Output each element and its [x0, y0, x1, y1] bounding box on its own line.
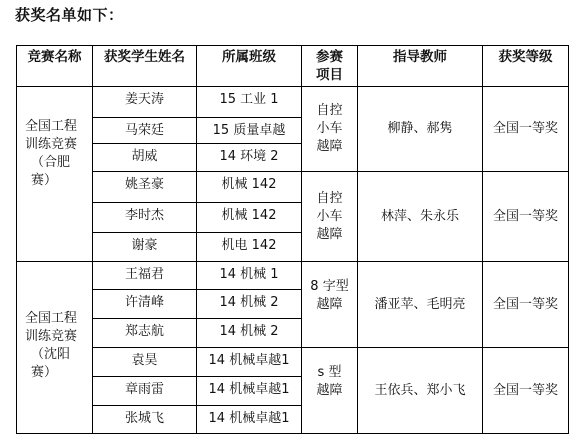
- student-name: 张城飞: [93, 406, 197, 434]
- award-cell: 全国一等奖: [483, 172, 569, 262]
- header-award: 获奖等级: [483, 46, 569, 87]
- student-name: 许清峰: [93, 290, 197, 319]
- competition-cell: 全国工程 训练竞赛 （合肥 赛）: [17, 87, 93, 262]
- table-row: 姚圣豪 机械 142 自控 小车 越障 林萍、朱永乐 全国一等奖: [17, 172, 569, 203]
- award-cell: 全国一等奖: [483, 348, 569, 434]
- header-project-line: 参赛: [302, 48, 357, 66]
- teachers-cell: 林萍、朱永乐: [358, 172, 483, 262]
- project-line: 8 字型: [302, 278, 357, 296]
- student-class: 15 质量卓越: [197, 118, 302, 144]
- project-line: 自控: [302, 102, 357, 120]
- project-line: 越障: [302, 382, 357, 400]
- competition-line: 训练竞赛: [25, 328, 88, 346]
- competition-line: （沈阳: [25, 346, 88, 364]
- header-row: 竞赛名称 获奖学生姓名 所属班级 参赛 项目 指导教师 获奖等级: [17, 46, 569, 87]
- student-class: 机电 142: [197, 233, 302, 262]
- project-cell: 8 字型 越障: [302, 262, 358, 348]
- page-heading: 获奖名单如下：: [15, 4, 124, 25]
- header-project-line: 项目: [302, 66, 357, 84]
- table-row: 全国工程 训练竞赛 （沈阳 赛） 王福君 14 机械 1 8 字型 越障 潘亚苹…: [17, 262, 569, 290]
- teachers-cell: 潘亚苹、毛明亮: [358, 262, 483, 348]
- student-name: 谢豪: [93, 233, 197, 262]
- project-line: 越障: [302, 296, 357, 314]
- student-class: 机械 142: [197, 172, 302, 203]
- student-class: 14 机械 2: [197, 290, 302, 319]
- award-cell: 全国一等奖: [483, 87, 569, 172]
- header-student-name: 获奖学生姓名: [93, 46, 197, 87]
- student-class: 14 机械卓越1: [197, 377, 302, 406]
- header-teachers: 指导教师: [358, 46, 483, 87]
- award-table: 竞赛名称 获奖学生姓名 所属班级 参赛 项目 指导教师 获奖等级 全国工程 训练…: [16, 45, 569, 434]
- student-name: 马荣廷: [93, 118, 197, 144]
- competition-line: 全国工程: [25, 310, 88, 328]
- competition-line: 赛）: [25, 172, 88, 190]
- project-cell: s 型 越障: [302, 348, 358, 434]
- project-line: s 型: [302, 364, 357, 382]
- student-name: 王福君: [93, 262, 197, 290]
- project-cell: 自控 小车 越障: [302, 87, 358, 172]
- student-class: 14 机械 1: [197, 262, 302, 290]
- competition-line: 全国工程: [25, 118, 88, 136]
- student-name: 李时杰: [93, 203, 197, 233]
- teachers-cell: 王依兵、郑小飞: [358, 348, 483, 434]
- award-cell: 全国一等奖: [483, 262, 569, 348]
- project-cell: 自控 小车 越障: [302, 172, 358, 262]
- header-competition: 竞赛名称: [17, 46, 93, 87]
- table-row: 全国工程 训练竞赛 （合肥 赛） 姜天涛 15 工业 1 自控 小车 越障 柳静…: [17, 87, 569, 118]
- competition-line: （合肥: [25, 154, 88, 172]
- student-name: 胡威: [93, 144, 197, 172]
- header-project: 参赛 项目: [302, 46, 358, 87]
- student-class: 14 机械卓越1: [197, 406, 302, 434]
- student-name: 袁昊: [93, 348, 197, 377]
- student-name: 章雨雷: [93, 377, 197, 406]
- project-line: 小车: [302, 208, 357, 226]
- student-class: 14 机械卓越1: [197, 348, 302, 377]
- project-line: 小车: [302, 120, 357, 138]
- student-class: 15 工业 1: [197, 87, 302, 118]
- teachers-cell: 柳静、郝隽: [358, 87, 483, 172]
- student-class: 14 环境 2: [197, 144, 302, 172]
- student-class: 机械 142: [197, 203, 302, 233]
- table-row: 袁昊 14 机械卓越1 s 型 越障 王依兵、郑小飞 全国一等奖: [17, 348, 569, 377]
- project-line: 自控: [302, 190, 357, 208]
- student-class: 14 机械 2: [197, 319, 302, 348]
- competition-cell: 全国工程 训练竞赛 （沈阳 赛）: [17, 262, 93, 434]
- project-line: 越障: [302, 226, 357, 244]
- competition-line: 训练竞赛: [25, 136, 88, 154]
- competition-line: 赛）: [25, 364, 88, 382]
- student-name: 姚圣豪: [93, 172, 197, 203]
- header-class: 所属班级: [197, 46, 302, 87]
- student-name: 姜天涛: [93, 87, 197, 118]
- student-name: 郑志航: [93, 319, 197, 348]
- project-line: 越障: [302, 138, 357, 156]
